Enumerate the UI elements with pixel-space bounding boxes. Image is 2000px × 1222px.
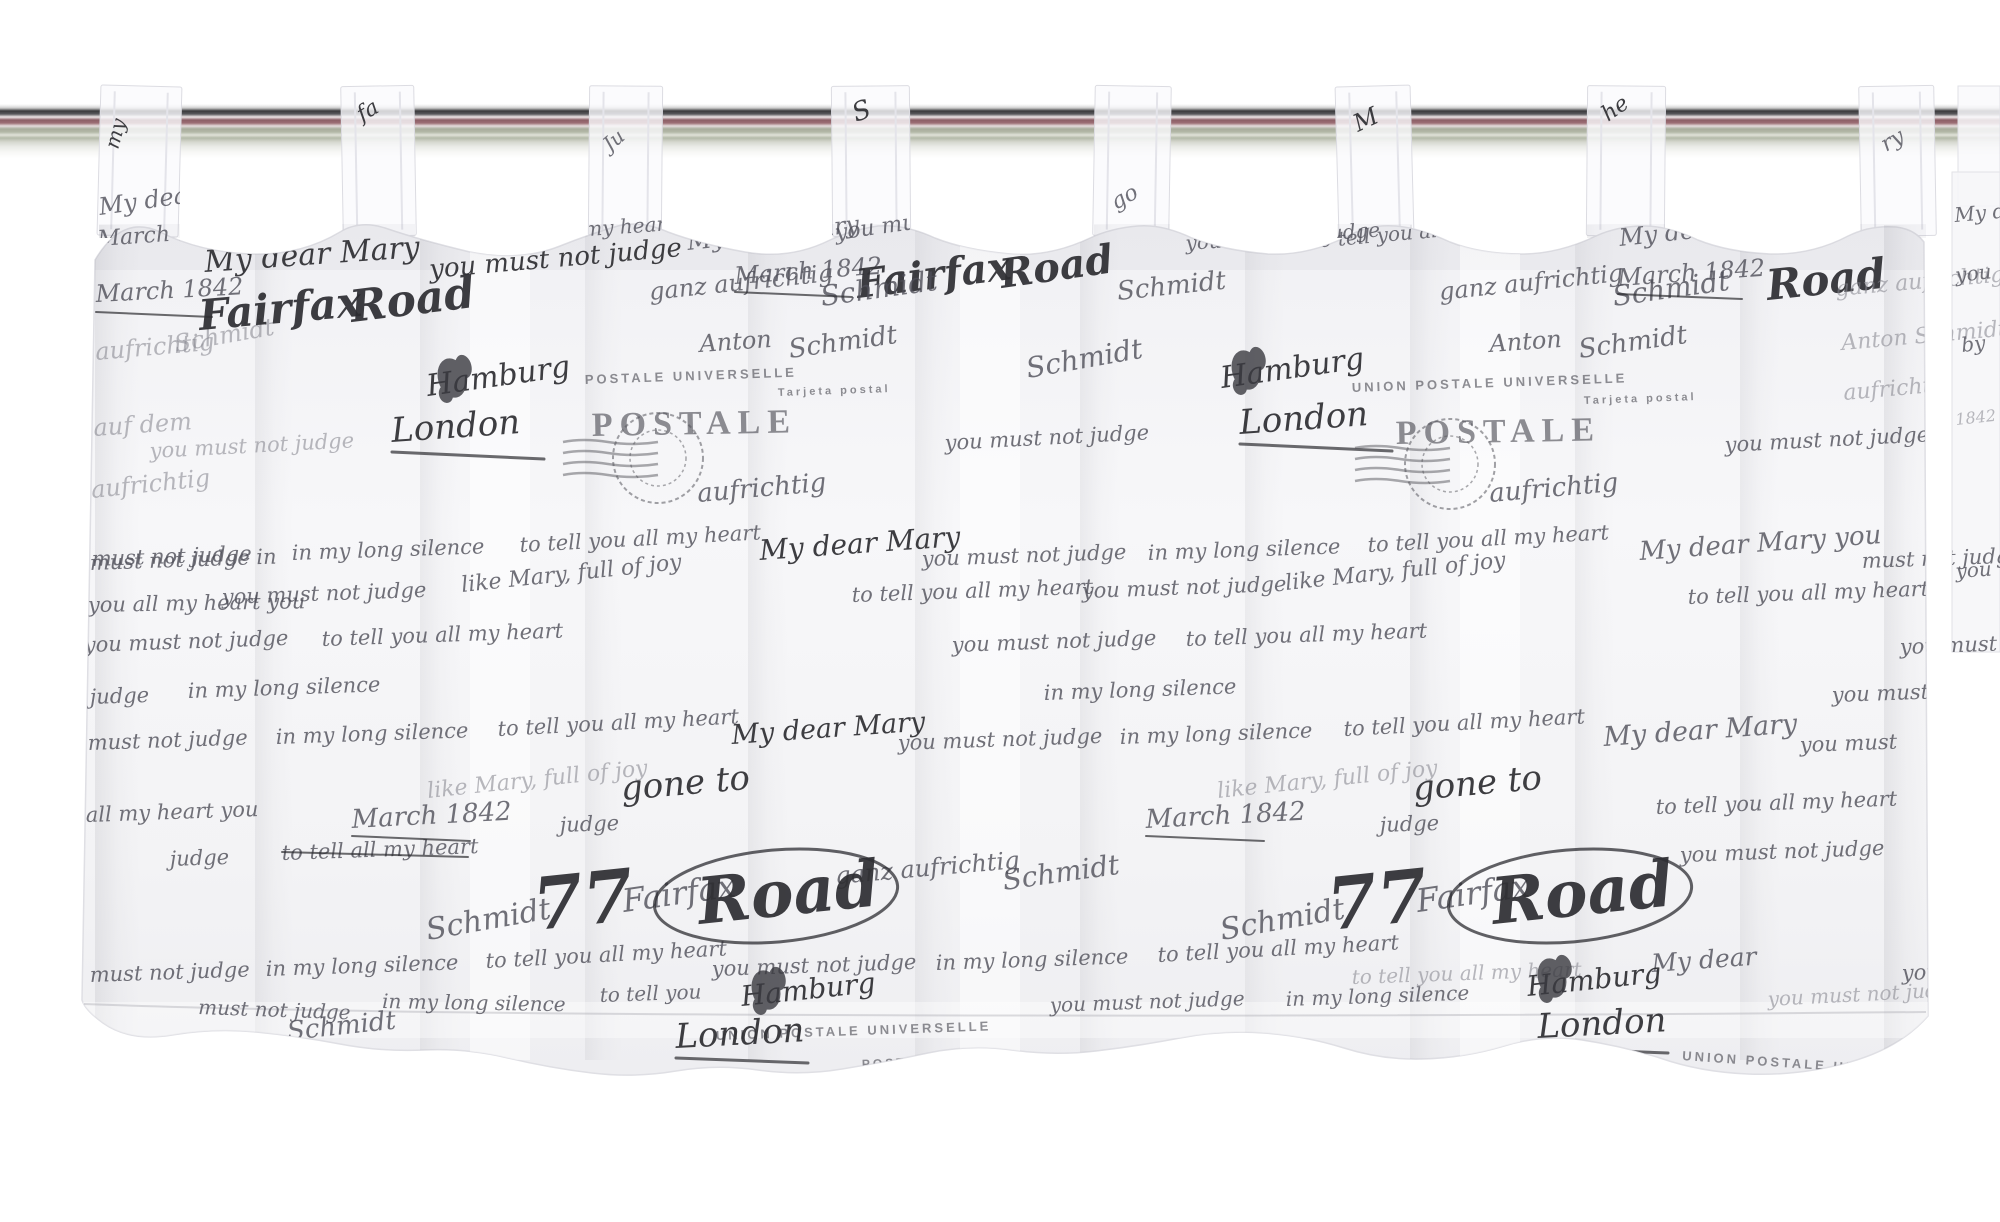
fold-band <box>915 225 955 1060</box>
tab-fold-line <box>647 92 648 230</box>
print-phrase: you must <box>1898 632 1998 659</box>
print-phrase: POSTALE <box>591 403 797 444</box>
print-phrase: judge <box>555 811 619 837</box>
tab-fabric <box>1335 85 1414 237</box>
print-phrase: judge <box>85 683 149 709</box>
print-phrase: in my long silence <box>382 989 566 1016</box>
print-phrase: POSTALE <box>862 1054 939 1071</box>
curtain-tab <box>1093 85 1172 236</box>
tab-fabric <box>341 85 417 236</box>
tab-fold-line <box>602 92 603 230</box>
fold-band <box>1740 225 1780 1060</box>
print-phrase: judge <box>1375 811 1439 837</box>
print-phrase: you must <box>1798 730 1898 757</box>
tab-fold-line <box>845 92 846 230</box>
print-phrase: to tell you <box>599 979 701 1007</box>
print-phrase: must not judge <box>1861 543 2000 573</box>
curtain-product-photo: My dear1842March 1842March 1842aufrichti… <box>0 0 2000 1222</box>
print-phrase: POSTALE <box>1395 411 1601 452</box>
print-phrase: you <box>1953 259 1993 287</box>
curtain-tab <box>1859 85 1937 236</box>
tab-fold-line <box>1650 92 1651 230</box>
tab-fabric <box>1859 85 1937 236</box>
curtain-tab <box>341 85 417 236</box>
tab-fold-line <box>895 92 896 230</box>
print-phrase: Anton <box>1486 325 1562 358</box>
curtain-fabric-svg: My dear1842March 1842March 1842aufrichti… <box>0 0 2000 1222</box>
print-phrase: London <box>1535 1000 1667 1047</box>
curtain-tab <box>1335 85 1414 237</box>
print-phrase: London <box>673 1010 805 1057</box>
print-phrase: 1842 <box>250 168 298 195</box>
print-phrase: by <box>1960 331 1987 357</box>
print-phrase: Anton <box>696 325 772 358</box>
tab-fabric <box>1093 85 1172 236</box>
print-phrase: you must <box>1830 680 1930 707</box>
print-phrase: judge <box>165 845 229 871</box>
